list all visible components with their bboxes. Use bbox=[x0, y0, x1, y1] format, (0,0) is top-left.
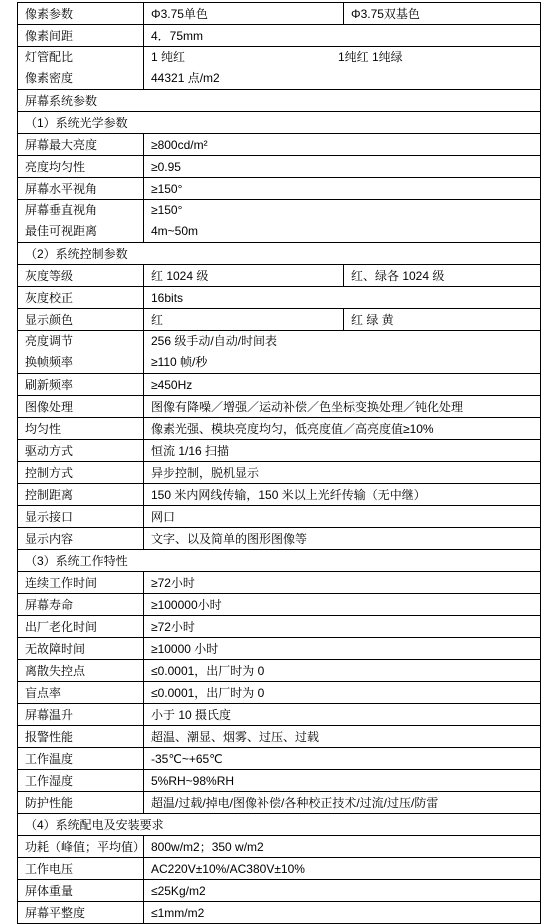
spec-value-cell: 800w/m2；350 w/m2 bbox=[144, 836, 541, 858]
spec-value-cell: ≥72小时 bbox=[144, 572, 541, 594]
table-row: 离散失控点 ≤0.0001，出厂时为 0 bbox=[18, 660, 541, 682]
spec-label-cell: 工作湿度 bbox=[18, 770, 144, 792]
table-row: 亮度调节 换帧频率 256 级手动/自动/时间表 ≥110 帧/秒 bbox=[18, 331, 541, 374]
spec-value: ≥150° bbox=[151, 200, 538, 221]
table-row: 屏体重量 ≤25Kg/m2 bbox=[18, 880, 541, 902]
section-row: （4）系统配电及安装要求 bbox=[18, 814, 541, 836]
spec-value-cell: 4．75mm bbox=[144, 25, 541, 47]
spec-value-cell: 1 纯红 1纯红 1纯绿 44321 点/m2 bbox=[144, 47, 541, 90]
spec-label-cell: 离散失控点 bbox=[18, 660, 144, 682]
section-header: （4）系统配电及安装要求 bbox=[18, 814, 541, 836]
spec-label-cell: 屏幕平整度 bbox=[18, 902, 144, 924]
table-row: 连续工作时间 ≥72小时 bbox=[18, 572, 541, 594]
section-row: （1）系统光学参数 bbox=[18, 112, 541, 134]
table-row: 灰度校正 16bits bbox=[18, 287, 541, 309]
spec-label: 亮度调节 bbox=[25, 331, 141, 352]
spec-value-cell: AC220V±10%/AC380V±10% bbox=[144, 858, 541, 880]
table-row: 控制距离 150 米内网线传输，150 米以上光纤传输（无中继） bbox=[18, 484, 541, 506]
spec-value-cell: 红 1024 级 bbox=[144, 265, 344, 287]
spec-value-cell: 文字、以及简单的图形图像等 bbox=[144, 528, 541, 550]
spec-label-cell: 显示接口 bbox=[18, 506, 144, 528]
spec-value-cell: 红 绿 黄 bbox=[344, 309, 541, 331]
table-row: 屏幕平整度 ≤1mm/m2 bbox=[18, 902, 541, 924]
spec-label-cell: 像素间距 bbox=[18, 25, 144, 47]
spec-value: 256 级手动/自动/时间表 bbox=[151, 331, 538, 352]
spec-label: 屏幕垂直视角 bbox=[25, 200, 141, 221]
table-row: 均匀性 像素光强、模块亮度均匀，低亮度值／高亮度值≥10% bbox=[18, 418, 541, 440]
spec-table: 像素参数 Φ3.75单色 Φ3.75双基色 像素间距 4．75mm 灯管配比 像… bbox=[17, 2, 541, 924]
spec-value-cell: ≤0.0001，出厂时为 0 bbox=[144, 682, 541, 704]
table-row: 图像处理 图像有降噪／增强／运动补偿／色坐标变换处理／钝化处理 bbox=[18, 396, 541, 418]
spec-label: 灯管配比 bbox=[25, 47, 141, 68]
spec-label-cell: 亮度均匀性 bbox=[18, 156, 144, 178]
spec-value-cell: ≤25Kg/m2 bbox=[144, 880, 541, 902]
table-row: 灰度等级 红 1024 级 红、绿各 1024 级 bbox=[18, 265, 541, 287]
spec-label-cell: 图像处理 bbox=[18, 396, 144, 418]
spec-value-cell: 256 级手动/自动/时间表 ≥110 帧/秒 bbox=[144, 331, 541, 374]
spec-value-cell: ≤1mm/m2 bbox=[144, 902, 541, 924]
page: 像素参数 Φ3.75单色 Φ3.75双基色 像素间距 4．75mm 灯管配比 像… bbox=[0, 0, 558, 924]
spec-value: ≥110 帧/秒 bbox=[151, 352, 538, 373]
spec-value-cell: 5%RH~98%RH bbox=[144, 770, 541, 792]
spec-value: 1纯红 1纯绿 bbox=[338, 47, 403, 68]
table-row: 工作温度 -35℃~+65℃ bbox=[18, 748, 541, 770]
spec-value-cell: Φ3.75双基色 bbox=[344, 3, 541, 25]
spec-label-cell: 屏幕最大亮度 bbox=[18, 134, 144, 156]
spec-value: 44321 点/m2 bbox=[151, 68, 538, 89]
table-row: 像素参数 Φ3.75单色 Φ3.75双基色 bbox=[18, 3, 541, 25]
spec-label-cell: 工作电压 bbox=[18, 858, 144, 880]
spec-value-cell: 红、绿各 1024 级 bbox=[344, 265, 541, 287]
spec-label-cell: 显示内容 bbox=[18, 528, 144, 550]
table-row: 像素间距 4．75mm bbox=[18, 25, 541, 47]
spec-label-cell: 盲点率 bbox=[18, 682, 144, 704]
section-header: （1）系统光学参数 bbox=[18, 112, 541, 134]
spec-value-cell: ≥0.95 bbox=[144, 156, 541, 178]
section-row: 屏幕系统参数 bbox=[18, 90, 541, 112]
spec-label-cell: 显示颜色 bbox=[18, 309, 144, 331]
table-row: 功耗（峰值；平均值） 800w/m2；350 w/m2 bbox=[18, 836, 541, 858]
spec-value-cell: 红 bbox=[144, 309, 344, 331]
spec-value-cell: ≥100000小时 bbox=[144, 594, 541, 616]
spec-value-cell: ≥10000 小时 bbox=[144, 638, 541, 660]
spec-label-cell: 驱动方式 bbox=[18, 440, 144, 462]
spec-label-cell: 灰度等级 bbox=[18, 265, 144, 287]
table-row: 出厂老化时间 ≥72小时 bbox=[18, 616, 541, 638]
table-row: 屏幕最大亮度 ≥800cd/m² bbox=[18, 134, 541, 156]
spec-value-cell: 超温/过载/掉电/图像补偿/各种校正技术/过流/过压/防雷 bbox=[144, 792, 541, 814]
spec-label-cell: 亮度调节 换帧频率 bbox=[18, 331, 144, 374]
table-row: 工作湿度 5%RH~98%RH bbox=[18, 770, 541, 792]
table-row: 盲点率 ≤0.0001，出厂时为 0 bbox=[18, 682, 541, 704]
spec-label-cell: 灯管配比 像素密度 bbox=[18, 47, 144, 90]
spec-value: 4m~50m bbox=[151, 221, 538, 242]
spec-value-cell: 像素光强、模块亮度均匀，低亮度值／高亮度值≥10% bbox=[144, 418, 541, 440]
spec-label-cell: 像素参数 bbox=[18, 3, 144, 25]
spec-value-cell: ≥450Hz bbox=[144, 374, 541, 396]
spec-label-cell: 控制距离 bbox=[18, 484, 144, 506]
table-row: 屏幕水平视角 ≥150° bbox=[18, 178, 541, 200]
spec-label: 最佳可视距离 bbox=[25, 221, 141, 242]
spec-label-cell: 无故障时间 bbox=[18, 638, 144, 660]
spec-label-cell: 刷新频率 bbox=[18, 374, 144, 396]
table-row: 屏幕寿命 ≥100000小时 bbox=[18, 594, 541, 616]
table-row: 显示接口 网口 bbox=[18, 506, 541, 528]
spec-label-cell: 功耗（峰值；平均值） bbox=[18, 836, 144, 858]
spec-value-cell: -35℃~+65℃ bbox=[144, 748, 541, 770]
table-row: 工作电压 AC220V±10%/AC380V±10% bbox=[18, 858, 541, 880]
spec-value-cell: ≥72小时 bbox=[144, 616, 541, 638]
spec-label-cell: 屏幕寿命 bbox=[18, 594, 144, 616]
spec-label-cell: 连续工作时间 bbox=[18, 572, 144, 594]
spec-label: 像素密度 bbox=[25, 68, 141, 89]
table-row: 驱动方式 恒流 1/16 扫描 bbox=[18, 440, 541, 462]
table-row: 屏幕温升 小于 10 摄氏度 bbox=[18, 704, 541, 726]
table-row: 报警性能 超温、潮显、烟雾、过压、过载 bbox=[18, 726, 541, 748]
spec-value-cell: 超温、潮显、烟雾、过压、过载 bbox=[144, 726, 541, 748]
spec-value-cell: ≥800cd/m² bbox=[144, 134, 541, 156]
spec-value-cell: ≤0.0001，出厂时为 0 bbox=[144, 660, 541, 682]
table-row: 刷新频率 ≥450Hz bbox=[18, 374, 541, 396]
spec-label-cell: 报警性能 bbox=[18, 726, 144, 748]
spec-value-cell: ≥150° 4m~50m bbox=[144, 200, 541, 243]
table-row: 控制方式 异步控制，脱机显示 bbox=[18, 462, 541, 484]
spec-label-cell: 均匀性 bbox=[18, 418, 144, 440]
spec-value-cell: 16bits bbox=[144, 287, 541, 309]
spec-label-cell: 防护性能 bbox=[18, 792, 144, 814]
section-header: （2）系统控制参数 bbox=[18, 243, 541, 265]
spec-value-cell: Φ3.75单色 bbox=[144, 3, 344, 25]
spec-value-cell: 恒流 1/16 扫描 bbox=[144, 440, 541, 462]
spec-value-cell: 小于 10 摄氏度 bbox=[144, 704, 541, 726]
spec-value-cell: 网口 bbox=[144, 506, 541, 528]
spec-label-cell: 工作温度 bbox=[18, 748, 144, 770]
table-row: 灯管配比 像素密度 1 纯红 1纯红 1纯绿 44321 点/m2 bbox=[18, 47, 541, 90]
spec-label-cell: 屏幕垂直视角 最佳可视距离 bbox=[18, 200, 144, 243]
section-row: （3）系统工作特性 bbox=[18, 550, 541, 572]
spec-label-cell: 屏幕水平视角 bbox=[18, 178, 144, 200]
spec-label: 换帧频率 bbox=[25, 352, 141, 373]
spec-label-cell: 屏幕温升 bbox=[18, 704, 144, 726]
spec-label-cell: 屏体重量 bbox=[18, 880, 144, 902]
spec-value-cell: 150 米内网线传输，150 米以上光纤传输（无中继） bbox=[144, 484, 541, 506]
table-row: 亮度均匀性 ≥0.95 bbox=[18, 156, 541, 178]
section-header: 屏幕系统参数 bbox=[18, 90, 541, 112]
table-row: 防护性能 超温/过载/掉电/图像补偿/各种校正技术/过流/过压/防雷 bbox=[18, 792, 541, 814]
spec-label-cell: 控制方式 bbox=[18, 462, 144, 484]
table-row: 无故障时间 ≥10000 小时 bbox=[18, 638, 541, 660]
table-row: 显示内容 文字、以及简单的图形图像等 bbox=[18, 528, 541, 550]
table-row: 屏幕垂直视角 最佳可视距离 ≥150° 4m~50m bbox=[18, 200, 541, 243]
table-row: 显示颜色 红 红 绿 黄 bbox=[18, 309, 541, 331]
section-row: （2）系统控制参数 bbox=[18, 243, 541, 265]
spec-value-cell: 异步控制，脱机显示 bbox=[144, 462, 541, 484]
spec-label-cell: 灰度校正 bbox=[18, 287, 144, 309]
spec-value-cell: ≥150° bbox=[144, 178, 541, 200]
spec-value: 1 纯红 bbox=[151, 50, 185, 64]
spec-value-cell: 图像有降噪／增强／运动补偿／色坐标变换处理／钝化处理 bbox=[144, 396, 541, 418]
section-header: （3）系统工作特性 bbox=[18, 550, 541, 572]
spec-label-cell: 出厂老化时间 bbox=[18, 616, 144, 638]
